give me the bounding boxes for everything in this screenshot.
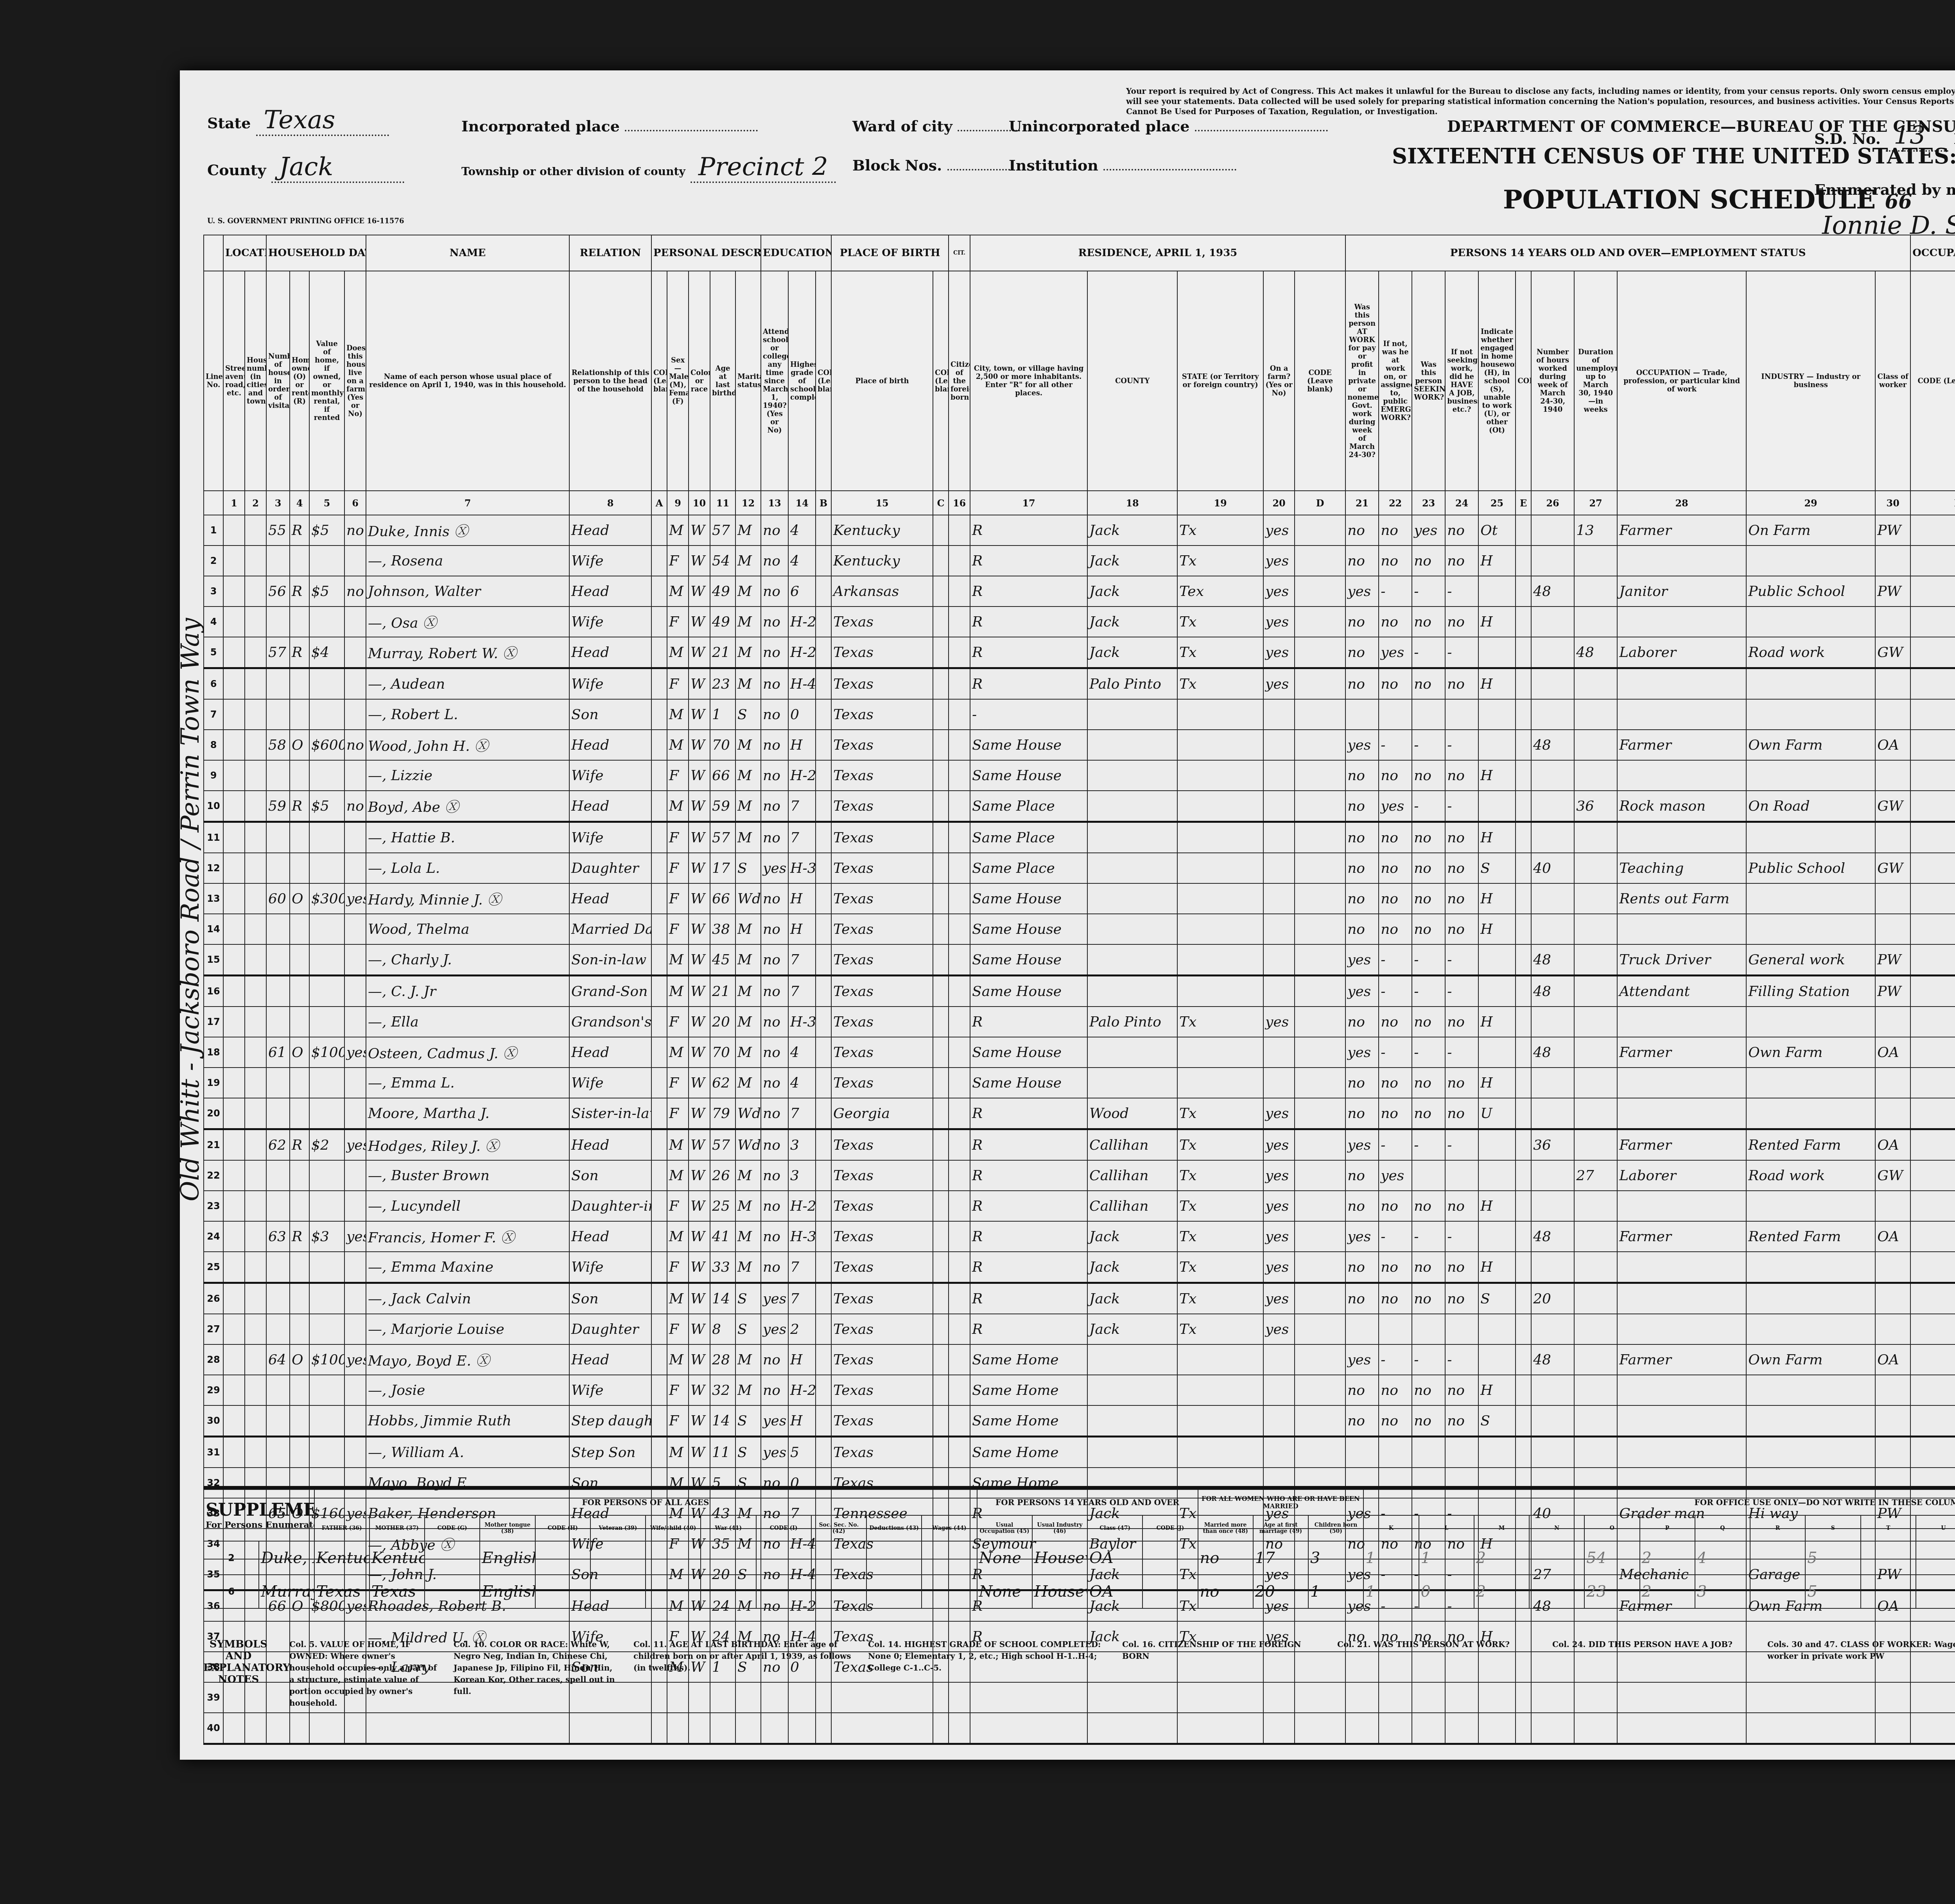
group-household: HOUSEHOLD DATA: [266, 235, 366, 271]
supp-column-header: N: [1529, 1515, 1584, 1541]
cell-r17: Same Home: [970, 1375, 1087, 1405]
cell-own: R: [290, 576, 309, 607]
cell-c26: [1531, 1068, 1574, 1098]
supp-cell-father: Texas: [314, 1575, 369, 1608]
cell-age: 17: [710, 853, 735, 883]
cell-codeF: [1910, 1437, 1955, 1468]
cell-house: [245, 699, 266, 730]
cell-age: 41: [710, 1221, 735, 1252]
table-row: 23—, LucyndellDaughter-in-lawFW25MnoH-2T…: [204, 1191, 1955, 1221]
cell-c25: [1478, 1221, 1516, 1252]
cell-own: [290, 1405, 309, 1437]
cell-sch: no: [761, 1375, 788, 1405]
column-number: 13: [761, 491, 788, 515]
cell-sex: F: [667, 607, 689, 637]
cell-age: 70: [710, 730, 735, 760]
cell-race: W: [689, 914, 710, 944]
cell-r19: [1177, 1375, 1263, 1405]
cell-bp: Texas: [831, 976, 933, 1007]
cell-hh: [266, 944, 290, 976]
cell-codeA: [651, 760, 667, 791]
cell-codeE: [1516, 637, 1531, 668]
column-header: If not, was he at work on, or assigned t…: [1379, 271, 1412, 491]
cell-codeA: [651, 668, 667, 700]
cell-age: 26: [710, 1160, 735, 1191]
cell-age: 38: [710, 914, 735, 944]
cell-sex: M: [667, 515, 689, 546]
cell-race: W: [689, 546, 710, 576]
cell-sch: yes: [761, 1437, 788, 1468]
column-header: STATE (or Territory or foreign country): [1177, 271, 1263, 491]
cell-ms: M: [735, 1068, 761, 1098]
cell-codeA: [651, 1314, 667, 1344]
cell-c24: no: [1445, 1191, 1478, 1221]
cell-ind: [1746, 883, 1875, 914]
cell-codeA: [651, 1405, 667, 1437]
cell-c24: no: [1445, 883, 1478, 914]
cell-codeC: [933, 1129, 949, 1161]
cell-r20: [1263, 699, 1295, 730]
supp-cell-c41: [701, 1541, 756, 1575]
cell-c22: no: [1379, 822, 1412, 853]
cell-ms: Wd: [735, 1129, 761, 1161]
cell-ms: M: [735, 914, 761, 944]
cell-hh: 56: [266, 576, 290, 607]
supp-office-cell: [1529, 1541, 1584, 1575]
cell-val: [309, 1160, 344, 1191]
cell-val: [309, 1283, 344, 1314]
cell-codeF: [1910, 546, 1955, 576]
cell-bp: Texas: [831, 1344, 933, 1375]
cell-c25: S: [1478, 1405, 1516, 1437]
cell-ind: [1746, 1098, 1875, 1129]
cell-sex: F: [667, 1252, 689, 1283]
cell-c25: H: [1478, 1191, 1516, 1221]
column-number: 30: [1875, 491, 1910, 515]
cell-codeB: [816, 1191, 831, 1221]
cell-r19: [1177, 1344, 1263, 1375]
cell-bp: Georgia: [831, 1098, 933, 1129]
cell-val: [309, 1007, 344, 1037]
cell-codeA: [651, 1437, 667, 1468]
cell-sex: F: [667, 853, 689, 883]
cell-r17: Same House: [970, 760, 1087, 791]
cell-ind: [1746, 699, 1875, 730]
cell-sex: F: [667, 883, 689, 914]
cell-r20: yes: [1263, 576, 1295, 607]
cell-farm: [344, 822, 366, 853]
cell-r20: [1263, 1068, 1295, 1098]
cell-bp: Texas: [831, 883, 933, 914]
cell-race: W: [689, 1437, 710, 1468]
cell-codeC: [933, 1191, 949, 1221]
group-citizenship: CIT.: [949, 235, 970, 271]
cell-gr: H: [788, 730, 816, 760]
cell-age: 14: [710, 1405, 735, 1437]
cell-ms: M: [735, 1191, 761, 1221]
cell-codeA: [651, 1283, 667, 1314]
cell-hh: 62: [266, 1129, 290, 1161]
column-number: 3: [266, 491, 290, 515]
column-header: Attended school or college any time sinc…: [761, 271, 788, 491]
cell-codeA: [651, 1007, 667, 1037]
state-value: Texas: [256, 106, 389, 136]
cell-r20: [1263, 853, 1295, 883]
cell-r17: Same Place: [970, 822, 1087, 853]
cell-race: W: [689, 944, 710, 976]
cell-rel: Sister-in-law: [569, 1098, 651, 1129]
cell-house: [245, 576, 266, 607]
supp-cell-c43: [866, 1541, 922, 1575]
table-row: 9—, LizzieWifeFW66MnoH-2TexasSame Housen…: [204, 760, 1955, 791]
supp-cell-c42: [811, 1575, 866, 1608]
cell-codeE: [1516, 1344, 1531, 1375]
cell-occ: [1617, 1283, 1746, 1314]
cell-house: [245, 637, 266, 668]
cell-cls: [1875, 1252, 1910, 1283]
cell-sch: no: [761, 668, 788, 700]
cell-ms: M: [735, 730, 761, 760]
column-number: C: [933, 491, 949, 515]
cell-codeF: [1910, 760, 1955, 791]
cell-codeD: [1295, 576, 1345, 607]
cell-own: [290, 1283, 309, 1314]
cell-race: W: [689, 883, 710, 914]
cell-race: W: [689, 1129, 710, 1161]
cell-rel: Head: [569, 1129, 651, 1161]
column-number: 1: [223, 491, 245, 515]
cell-own: [290, 1252, 309, 1283]
supp-column-header: Usual Industry (46): [1032, 1515, 1087, 1541]
cell-codeC: [933, 1037, 949, 1068]
cell-c25: H: [1478, 1068, 1516, 1098]
cell-codeC: [933, 668, 949, 700]
block-field: Block Nos.: [852, 156, 1010, 174]
cell-c25: H: [1478, 822, 1516, 853]
cell-r18: [1087, 944, 1177, 976]
cell-street: [223, 1007, 245, 1037]
group-education: EDUCATION: [761, 235, 831, 271]
cell-farm: [344, 1160, 366, 1191]
line-number: 30: [204, 1405, 223, 1437]
cell-c23: [1412, 1437, 1445, 1468]
cell-c22: [1379, 1314, 1412, 1344]
cell-r19: Tx: [1177, 546, 1263, 576]
cell-codeE: [1516, 1283, 1531, 1314]
cell-codeE: [1516, 1007, 1531, 1037]
cell-ms: M: [735, 1007, 761, 1037]
cell-val: $300: [309, 883, 344, 914]
cell-street: [223, 914, 245, 944]
supp-cell-g: [425, 1575, 480, 1608]
cell-codeE: [1516, 853, 1531, 883]
line-number: 9: [204, 760, 223, 791]
cell-farm: [344, 699, 366, 730]
cell-codeF: [1910, 944, 1955, 976]
cell-house: [245, 1375, 266, 1405]
cell-r18: [1087, 791, 1177, 822]
cell-ms: M: [735, 546, 761, 576]
cell-cit: [949, 668, 970, 700]
cell-c26: [1531, 914, 1574, 944]
cell-c26: 48: [1531, 1221, 1574, 1252]
cell-farm: [344, 760, 366, 791]
cell-codeC: [933, 853, 949, 883]
cell-c27: [1574, 699, 1617, 730]
cell-own: [290, 1375, 309, 1405]
cell-codeA: [651, 515, 667, 546]
table-row: 16—, C. J. JrGrand-SonMW21Mno7TexasSame …: [204, 976, 1955, 1007]
line-number: 7: [204, 699, 223, 730]
cell-c23: no: [1412, 1068, 1445, 1098]
cell-gr: 3: [788, 1129, 816, 1161]
cell-sex: F: [667, 822, 689, 853]
supp-cell-h: [535, 1541, 590, 1575]
unincorporated-field: Unincorporated place: [1009, 117, 1328, 135]
cell-sex: M: [667, 1037, 689, 1068]
column-header: CODE (Leave blank): [816, 271, 831, 491]
cell-house: [245, 1314, 266, 1344]
cell-c21: no: [1345, 1283, 1379, 1314]
group-name: NAME: [366, 235, 569, 271]
cell-c22: no: [1379, 668, 1412, 700]
supp-column-header: S: [1805, 1515, 1860, 1541]
cell-r18: Jack: [1087, 1252, 1177, 1283]
cell-ms: S: [735, 699, 761, 730]
group-office-use: FOR OFFICE USE ONLY—DO NOT WRITE IN THES…: [1363, 1489, 1955, 1515]
cell-cls: [1875, 883, 1910, 914]
supp-cell-c40: [646, 1575, 701, 1608]
table-row: 29—, JosieWifeFW32MnoH-2TexasSame Homeno…: [204, 1375, 1955, 1405]
cell-gr: 7: [788, 976, 816, 1007]
cell-c22: no: [1379, 1068, 1412, 1098]
cell-occ: Truck Driver: [1617, 944, 1746, 976]
cell-r18: Palo Pinto: [1087, 668, 1177, 700]
column-header: If not seeking work, did he HAVE A JOB, …: [1445, 271, 1478, 491]
cell-race: W: [689, 1344, 710, 1375]
supp-office-cell: 54: [1584, 1541, 1639, 1575]
cell-r19: [1177, 1037, 1263, 1068]
column-number: [204, 491, 223, 515]
cell-c24: no: [1445, 760, 1478, 791]
cell-occ: [1617, 1252, 1746, 1283]
cell-codeA: [651, 730, 667, 760]
cell-cit: [949, 1221, 970, 1252]
cell-race: W: [689, 1252, 710, 1283]
cell-codeE: [1516, 699, 1531, 730]
cell-codeE: [1516, 576, 1531, 607]
cell-hh: [266, 546, 290, 576]
cell-farm: [344, 976, 366, 1007]
notes-title: SYMBOLS AND EXPLANATORY NOTES: [203, 1638, 274, 1685]
cell-name: Francis, Homer F. Ⓧ: [366, 1221, 569, 1252]
cell-codeC: [933, 576, 949, 607]
cell-cit: [949, 853, 970, 883]
supp-column-header: Class (47): [1087, 1515, 1143, 1541]
cell-codeA: [651, 1160, 667, 1191]
cell-r19: [1177, 1437, 1263, 1468]
cell-r17: Same House: [970, 730, 1087, 760]
cell-c21: yes: [1345, 976, 1379, 1007]
cell-farm: [344, 1375, 366, 1405]
supp-column-header: FATHER (36): [314, 1515, 369, 1541]
cell-r18: Jack: [1087, 1283, 1177, 1314]
cell-codeB: [816, 699, 831, 730]
cell-val: $600: [309, 730, 344, 760]
cell-rel: Daughter: [569, 853, 651, 883]
line-number: 18: [204, 1037, 223, 1068]
cell-race: W: [689, 1191, 710, 1221]
cell-ind: Own Farm: [1746, 1037, 1875, 1068]
cell-codeA: [651, 1037, 667, 1068]
cell-rel: Grand-Son: [569, 976, 651, 1007]
cell-c23: -: [1412, 1129, 1445, 1161]
cell-r17: Same House: [970, 914, 1087, 944]
cell-c27: [1574, 1314, 1617, 1344]
cell-c22: no: [1379, 1191, 1412, 1221]
cell-ind: Public School: [1746, 576, 1875, 607]
cell-occ: [1617, 1098, 1746, 1129]
column-header: CODE (Leave blank): [1295, 271, 1345, 491]
column-header: CODE (Leave blank): [651, 271, 667, 491]
cell-own: R: [290, 1221, 309, 1252]
cell-ind: Public School: [1746, 853, 1875, 883]
cell-farm: [344, 1191, 366, 1221]
cell-bp: Texas: [831, 914, 933, 944]
cell-c27: [1574, 730, 1617, 760]
cell-sex: F: [667, 1191, 689, 1221]
cell-sch: no: [761, 1037, 788, 1068]
cell-codeD: [1295, 1405, 1345, 1437]
cell-farm: [344, 914, 366, 944]
cell-codeD: [1295, 1344, 1345, 1375]
cell-c23: -: [1412, 976, 1445, 1007]
supp-column-header: Mother tongue (38): [480, 1515, 535, 1541]
cell-codeA: [651, 576, 667, 607]
cell-c21: [1345, 1437, 1379, 1468]
cell-r17: -: [970, 699, 1087, 730]
supp-cell-occ: None: [977, 1575, 1032, 1608]
cell-sex: M: [667, 1160, 689, 1191]
cell-codeC: [933, 1252, 949, 1283]
cell-c26: 48: [1531, 1344, 1574, 1375]
cell-street: [223, 576, 245, 607]
cell-codeD: [1295, 1037, 1345, 1068]
cell-c22: no: [1379, 760, 1412, 791]
column-number: A: [651, 491, 667, 515]
cell-street: [223, 668, 245, 700]
cell-rel: Head: [569, 883, 651, 914]
cell-age: 59: [710, 791, 735, 822]
cell-codeB: [816, 546, 831, 576]
cell-race: W: [689, 822, 710, 853]
cell-age: 25: [710, 1191, 735, 1221]
cell-codeC: [933, 1098, 949, 1129]
cell-sex: F: [667, 668, 689, 700]
cell-c26: [1531, 1314, 1574, 1344]
cell-codeE: [1516, 822, 1531, 853]
cell-sch: no: [761, 515, 788, 546]
cell-r19: [1177, 699, 1263, 730]
cell-val: [309, 760, 344, 791]
cell-sch: no: [761, 914, 788, 944]
column-number: 22: [1379, 491, 1412, 515]
cell-own: [290, 1160, 309, 1191]
cell-codeE: [1516, 607, 1531, 637]
cell-bp: Texas: [831, 730, 933, 760]
cell-r18: Callihan: [1087, 1160, 1177, 1191]
cell-cls: OA: [1875, 730, 1910, 760]
line-number: 26: [204, 1283, 223, 1314]
cell-c21: no: [1345, 1160, 1379, 1191]
cell-farm: [344, 1252, 366, 1283]
column-number: 23: [1412, 491, 1445, 515]
cell-codeF: [1910, 1314, 1955, 1344]
cell-c26: [1531, 1160, 1574, 1191]
cell-codeF: [1910, 914, 1955, 944]
cell-c22: no: [1379, 1405, 1412, 1437]
cell-c27: [1574, 1252, 1617, 1283]
cell-age: 8: [710, 1314, 735, 1344]
cell-gr: H-2: [788, 1191, 816, 1221]
cell-own: R: [290, 515, 309, 546]
cell-rel: Wife: [569, 822, 651, 853]
cell-bp: Texas: [831, 1314, 933, 1344]
cell-c26: [1531, 1437, 1574, 1468]
column-number: D: [1295, 491, 1345, 515]
cell-codeA: [651, 699, 667, 730]
cell-bp: Texas: [831, 1160, 933, 1191]
cell-c25: [1478, 1160, 1516, 1191]
supp-column-header: Deductions (43): [866, 1515, 922, 1541]
cell-c21: yes: [1345, 1129, 1379, 1161]
cell-c27: [1574, 668, 1617, 700]
supp-cell-j: [1143, 1575, 1198, 1608]
supp-cell-line: 6: [204, 1575, 259, 1608]
cell-race: W: [689, 576, 710, 607]
cell-codeB: [816, 1037, 831, 1068]
column-number: 12: [735, 491, 761, 515]
cell-r19: Tx: [1177, 1160, 1263, 1191]
cell-ind: Road work: [1746, 637, 1875, 668]
cell-codeE: [1516, 760, 1531, 791]
cell-name: Boyd, Abe Ⓧ: [366, 791, 569, 822]
table-row: 7—, Robert L.SonMW1Sno0Texas-7: [204, 699, 1955, 730]
cell-c21: no: [1345, 822, 1379, 853]
cell-r17: R: [970, 637, 1087, 668]
cell-own: [290, 944, 309, 976]
cell-rel: Wife: [569, 1068, 651, 1098]
cell-c25: [1478, 976, 1516, 1007]
cell-c26: [1531, 1252, 1574, 1283]
cell-own: [290, 546, 309, 576]
cell-gr: 3: [788, 1160, 816, 1191]
cell-r20: yes: [1263, 668, 1295, 700]
cell-val: [309, 1252, 344, 1283]
cell-c25: [1478, 944, 1516, 976]
column-header: Number of household in order of visitati…: [266, 271, 290, 491]
cell-c24: -: [1445, 944, 1478, 976]
cell-hh: [266, 1098, 290, 1129]
cell-occ: Farmer: [1617, 730, 1746, 760]
cell-street: [223, 637, 245, 668]
cell-c26: [1531, 1098, 1574, 1129]
cell-codeF: [1910, 1375, 1955, 1405]
cell-house: [245, 1344, 266, 1375]
cell-val: $2: [309, 1129, 344, 1161]
cell-name: Johnson, Walter: [366, 576, 569, 607]
cell-r20: yes: [1263, 607, 1295, 637]
